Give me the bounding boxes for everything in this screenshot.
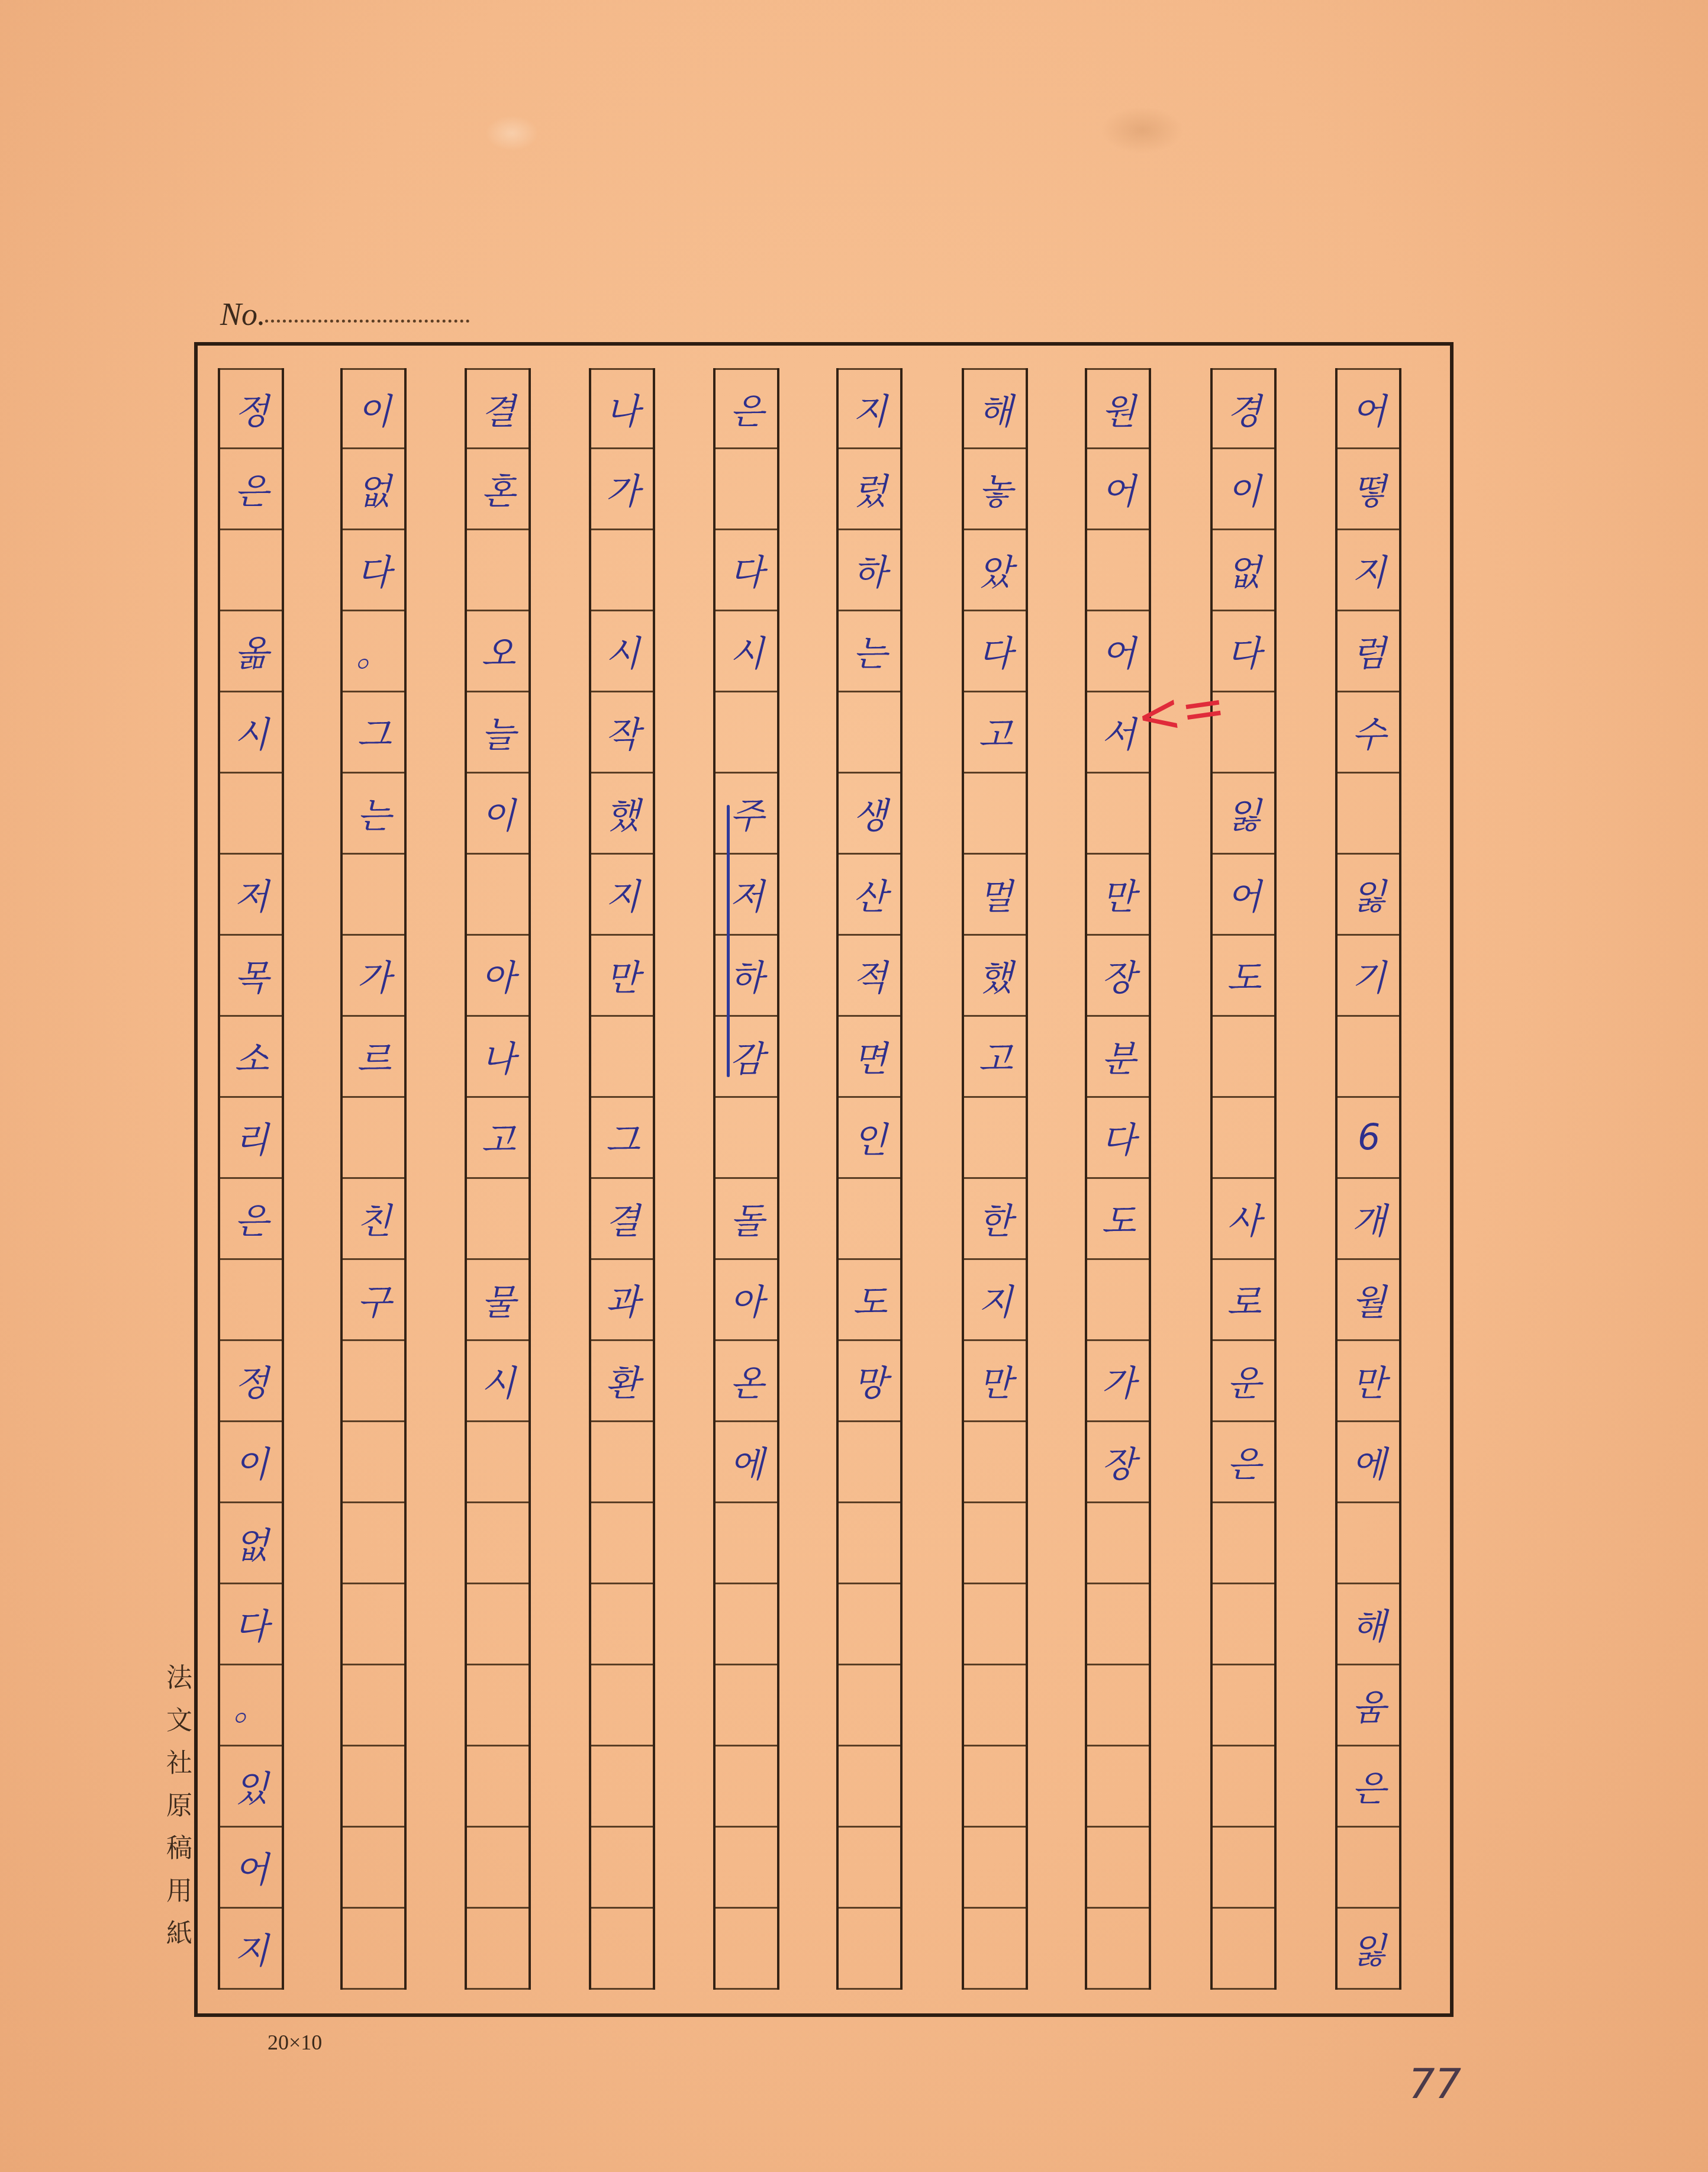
manuscript-cell xyxy=(716,1098,777,1179)
manuscript-cell: 만 xyxy=(1087,855,1149,936)
manuscript-cell: 가 xyxy=(1087,1341,1149,1422)
manuscript-cell xyxy=(1213,1584,1274,1665)
manuscript-cell: 없 xyxy=(1213,530,1274,611)
manuscript-cell: 다 xyxy=(716,530,777,611)
manuscript-cell xyxy=(343,1584,404,1665)
manuscript-cell: 떻 xyxy=(1338,449,1399,530)
manuscript-cell: 가 xyxy=(343,936,404,1017)
manuscript-cell: 만 xyxy=(1338,1341,1399,1422)
manuscript-cell: 분 xyxy=(1087,1017,1149,1098)
manuscript-cell xyxy=(591,1503,653,1584)
manuscript-cell: 은 xyxy=(1338,1746,1399,1828)
manuscript-cell: 고 xyxy=(467,1098,528,1179)
manuscript-cell: 은 xyxy=(716,368,777,449)
manuscript-cell: 만 xyxy=(964,1341,1026,1422)
manuscript-cell: 놓 xyxy=(964,449,1026,530)
manuscript-cell: 결 xyxy=(591,1179,653,1260)
manuscript-cell xyxy=(839,1584,900,1665)
manuscript-cell: 장 xyxy=(1087,1422,1149,1503)
manuscript-cell: 움 xyxy=(1338,1665,1399,1746)
manuscript-cell: 원 xyxy=(1087,368,1149,449)
manuscript-cell xyxy=(220,774,282,855)
manuscript-cell xyxy=(839,1665,900,1746)
manuscript-cell xyxy=(964,1503,1026,1584)
manuscript-cell xyxy=(1213,1909,1274,1990)
manuscript-cell: 지 xyxy=(591,855,653,936)
manuscript-cell xyxy=(716,692,777,774)
manuscript-cell: 오 xyxy=(467,611,528,692)
manuscript-cell: 6 xyxy=(1338,1098,1399,1179)
manuscript-cell: 어 xyxy=(220,1828,282,1909)
manuscript-cell xyxy=(467,1503,528,1584)
publisher-char: 原 xyxy=(165,1785,194,1828)
manuscript-column: 은다시주저하감돌아온에 xyxy=(713,368,779,1990)
manuscript-cell: 럼 xyxy=(1338,611,1399,692)
manuscript-cell: 돌 xyxy=(716,1179,777,1260)
manuscript-cell: 잃 xyxy=(1338,1909,1399,1990)
manuscript-cell: 옮 xyxy=(220,611,282,692)
publisher-char: 社 xyxy=(165,1742,194,1785)
manuscript-cell: 그 xyxy=(591,1098,653,1179)
manuscript-cell: 다 xyxy=(343,530,404,611)
manuscript-cell: 없 xyxy=(343,449,404,530)
publisher-char: 文 xyxy=(165,1700,194,1742)
manuscript-cell: 친 xyxy=(343,1179,404,1260)
manuscript-cell: 지 xyxy=(220,1909,282,1990)
manuscript-cell: 목 xyxy=(220,936,282,1017)
manuscript-cell: 수 xyxy=(1338,692,1399,774)
manuscript-cell: 하 xyxy=(716,936,777,1017)
red-correction-mark: <= xyxy=(1132,675,1229,749)
manuscript-column: 원어어서만장분다도가장 xyxy=(1085,368,1151,1990)
manuscript-cell: 어 xyxy=(1213,855,1274,936)
manuscript-cell xyxy=(716,1503,777,1584)
manuscript-cell: 하 xyxy=(839,530,900,611)
manuscript-cell: 혼 xyxy=(467,449,528,530)
manuscript-cell xyxy=(1213,1098,1274,1179)
manuscript-cell: 소 xyxy=(220,1017,282,1098)
manuscript-cell xyxy=(220,1260,282,1341)
manuscript-cell xyxy=(591,1584,653,1665)
number-label: No. xyxy=(220,296,266,333)
manuscript-cell xyxy=(1338,1017,1399,1098)
manuscript-cell xyxy=(591,1828,653,1909)
manuscript-cell xyxy=(716,1746,777,1828)
manuscript-cell: 한 xyxy=(964,1179,1026,1260)
manuscript-cell: 이 xyxy=(467,774,528,855)
manuscript-cell: 아 xyxy=(467,936,528,1017)
manuscript-cell xyxy=(964,1098,1026,1179)
manuscript-cell: 없 xyxy=(220,1503,282,1584)
manuscript-column: 어떻지럼수잃기6개월만에해움은잃 xyxy=(1335,368,1401,1990)
manuscript-cell: 도 xyxy=(1213,936,1274,1017)
manuscript-cell: 해 xyxy=(964,368,1026,449)
manuscript-cell: 개 xyxy=(1338,1179,1399,1260)
manuscript-cell xyxy=(839,1422,900,1503)
manuscript-cell: 이 xyxy=(343,368,404,449)
manuscript-cell xyxy=(220,530,282,611)
manuscript-column: 지렀하는생산적면인도망 xyxy=(836,368,903,1990)
manuscript-cell: 에 xyxy=(716,1422,777,1503)
manuscript-cell: 결 xyxy=(467,368,528,449)
manuscript-cell: 멀 xyxy=(964,855,1026,936)
publisher-label: 法 文 社 原 稿 用 紙 xyxy=(165,1657,194,1955)
manuscript-cell: 다 xyxy=(964,611,1026,692)
manuscript-cell: 가 xyxy=(591,449,653,530)
manuscript-cell xyxy=(1087,1260,1149,1341)
manuscript-cell: 장 xyxy=(1087,936,1149,1017)
manuscript-cell xyxy=(1213,1746,1274,1828)
manuscript-cell xyxy=(716,1828,777,1909)
manuscript-cell: 시 xyxy=(467,1341,528,1422)
manuscript-cell xyxy=(1087,1503,1149,1584)
manuscript-cell xyxy=(716,1584,777,1665)
manuscript-cell: 생 xyxy=(839,774,900,855)
paper-crease xyxy=(1101,107,1184,154)
manuscript-cell xyxy=(467,1584,528,1665)
manuscript-cell: 했 xyxy=(964,936,1026,1017)
manuscript-cell xyxy=(1087,1584,1149,1665)
number-field-line xyxy=(265,320,469,323)
manuscript-cell: 은 xyxy=(1213,1422,1274,1503)
manuscript-cell: 다 xyxy=(1213,611,1274,692)
manuscript-cell: 지 xyxy=(839,368,900,449)
manuscript-column: 경이없다잃어도사로운은 xyxy=(1210,368,1277,1990)
manuscript-cell: 만 xyxy=(591,936,653,1017)
publisher-char: 紙 xyxy=(165,1913,194,1955)
manuscript-cell: 해 xyxy=(1338,1584,1399,1665)
manuscript-cell: 저 xyxy=(220,855,282,936)
manuscript-cell xyxy=(467,1422,528,1503)
manuscript-cell xyxy=(591,530,653,611)
manuscript-column: 결혼오늘이아나고물시 xyxy=(465,368,531,1990)
manuscript-cell xyxy=(964,1665,1026,1746)
manuscript-cell: 산 xyxy=(839,855,900,936)
manuscript-cell xyxy=(964,1422,1026,1503)
manuscript-cell xyxy=(1338,1828,1399,1909)
manuscript-cell xyxy=(1087,1746,1149,1828)
manuscript-cell: 감 xyxy=(716,1017,777,1098)
manuscript-cell: 어 xyxy=(1087,449,1149,530)
manuscript-cell xyxy=(343,1665,404,1746)
manuscript-cell: 저 xyxy=(716,855,777,936)
manuscript-cell xyxy=(467,1179,528,1260)
manuscript-cell: 적 xyxy=(839,936,900,1017)
manuscript-cell: 온 xyxy=(716,1341,777,1422)
manuscript-cell xyxy=(467,1665,528,1746)
manuscript-cell: 았 xyxy=(964,530,1026,611)
manuscript-cell xyxy=(839,1503,900,1584)
manuscript-cell xyxy=(1338,1503,1399,1584)
manuscript-cell: 주 xyxy=(716,774,777,855)
manuscript-cell xyxy=(964,774,1026,855)
manuscript-cell: 망 xyxy=(839,1341,900,1422)
manuscript-cell: 은 xyxy=(220,449,282,530)
manuscript-cell xyxy=(591,1422,653,1503)
manuscript-cell: 아 xyxy=(716,1260,777,1341)
manuscript-cell xyxy=(591,1909,653,1990)
manuscript-cell xyxy=(343,1503,404,1584)
manuscript-cell xyxy=(1213,1828,1274,1909)
manuscript-cell: 경 xyxy=(1213,368,1274,449)
manuscript-column: 해놓았다고멀했고한지만 xyxy=(962,368,1028,1990)
manuscript-cell xyxy=(1213,1665,1274,1746)
manuscript-cell: 과 xyxy=(591,1260,653,1341)
manuscript-cell: 。 xyxy=(220,1665,282,1746)
manuscript-cell: 정 xyxy=(220,1341,282,1422)
manuscript-cell: 나 xyxy=(591,368,653,449)
manuscript-cell xyxy=(839,1909,900,1990)
manuscript-cell: 이 xyxy=(1213,449,1274,530)
manuscript-cell: 는 xyxy=(343,774,404,855)
manuscript-cell: 렀 xyxy=(839,449,900,530)
manuscript-cell xyxy=(1087,1665,1149,1746)
manuscript-cell: 인 xyxy=(839,1098,900,1179)
manuscript-cell xyxy=(467,855,528,936)
strike-through-mark xyxy=(727,805,730,1077)
manuscript-cell: 그 xyxy=(343,692,404,774)
publisher-char: 稿 xyxy=(165,1828,194,1870)
manuscript-cell xyxy=(591,1665,653,1746)
manuscript-cell: 작 xyxy=(591,692,653,774)
manuscript-cell xyxy=(343,1746,404,1828)
manuscript-cell xyxy=(343,1098,404,1179)
manuscript-cell xyxy=(343,1828,404,1909)
manuscript-cell: 했 xyxy=(591,774,653,855)
paper-crease xyxy=(485,115,539,151)
manuscript-cell: 고 xyxy=(964,1017,1026,1098)
manuscript-cell: 사 xyxy=(1213,1179,1274,1260)
manuscript-cell xyxy=(467,530,528,611)
manuscript-cell: 는 xyxy=(839,611,900,692)
manuscript-cell: 에 xyxy=(1338,1422,1399,1503)
manuscript-cell: 늘 xyxy=(467,692,528,774)
manuscript-cell: 면 xyxy=(839,1017,900,1098)
manuscript-cell: 은 xyxy=(220,1179,282,1260)
manuscript-cell: 。 xyxy=(343,611,404,692)
manuscript-cell xyxy=(839,1746,900,1828)
manuscript-cell: 고 xyxy=(964,692,1026,774)
manuscript-cell xyxy=(1338,774,1399,855)
manuscript-cell: 물 xyxy=(467,1260,528,1341)
manuscript-cell: 시 xyxy=(591,611,653,692)
manuscript-cell: 나 xyxy=(467,1017,528,1098)
manuscript-cell: 잃 xyxy=(1213,774,1274,855)
manuscript-cell xyxy=(467,1909,528,1990)
manuscript-column: 정은옮시저목소리은정이없다。있어지 xyxy=(218,368,284,1990)
manuscript-cell xyxy=(716,1909,777,1990)
manuscript-cell xyxy=(591,1746,653,1828)
manuscript-cell xyxy=(1087,1828,1149,1909)
manuscript-cell xyxy=(591,1017,653,1098)
manuscript-cell xyxy=(839,1828,900,1909)
manuscript-cell xyxy=(716,449,777,530)
manuscript-cell: 정 xyxy=(220,368,282,449)
manuscript-cell xyxy=(1087,530,1149,611)
manuscript-column: 이없다。그는가르친구 xyxy=(340,368,407,1990)
manuscript-cell xyxy=(839,1179,900,1260)
manuscript-cell: 시 xyxy=(220,692,282,774)
manuscript-cell xyxy=(964,1746,1026,1828)
manuscript-cell xyxy=(1213,1503,1274,1584)
manuscript-cell: 운 xyxy=(1213,1341,1274,1422)
manuscript-cell: 다 xyxy=(1087,1098,1149,1179)
publisher-char: 法 xyxy=(165,1657,194,1700)
manuscript-cell xyxy=(343,855,404,936)
manuscript-cell: 이 xyxy=(220,1422,282,1503)
manuscript-cell xyxy=(964,1584,1026,1665)
manuscript-cell xyxy=(343,1422,404,1503)
manuscript-cell: 환 xyxy=(591,1341,653,1422)
manuscript-cell xyxy=(716,1665,777,1746)
manuscript-cell: 지 xyxy=(964,1260,1026,1341)
manuscript-cell: 있 xyxy=(220,1746,282,1828)
publisher-char: 用 xyxy=(165,1870,194,1913)
manuscript-cell xyxy=(1087,1909,1149,1990)
manuscript-cell: 다 xyxy=(220,1584,282,1665)
manuscript-cell xyxy=(1087,774,1149,855)
manuscript-column: 나가시작했지만그결과환 xyxy=(589,368,655,1990)
manuscript-cell: 지 xyxy=(1338,530,1399,611)
manuscript-cell xyxy=(839,692,900,774)
manuscript-cell xyxy=(467,1746,528,1828)
manuscript-cell: 르 xyxy=(343,1017,404,1098)
manuscript-cell: 도 xyxy=(1087,1179,1149,1260)
manuscript-cell xyxy=(343,1341,404,1422)
manuscript-cell: 리 xyxy=(220,1098,282,1179)
manuscript-cell xyxy=(964,1909,1026,1990)
manuscript-cell xyxy=(467,1828,528,1909)
manuscript-cell: 시 xyxy=(716,611,777,692)
manuscript-cell: 어 xyxy=(1087,611,1149,692)
manuscript-cell: 월 xyxy=(1338,1260,1399,1341)
manuscript-cell: 어 xyxy=(1338,368,1399,449)
manuscript-cell: 도 xyxy=(839,1260,900,1341)
manuscript-cell xyxy=(1213,1017,1274,1098)
page-number: 77 xyxy=(1409,2060,1461,2108)
manuscript-cell: 기 xyxy=(1338,936,1399,1017)
manuscript-cell xyxy=(964,1828,1026,1909)
grid-size-label: 20×10 xyxy=(268,2030,322,2055)
manuscript-cell: 구 xyxy=(343,1260,404,1341)
manuscript-cell xyxy=(343,1909,404,1990)
manuscript-cell: 잃 xyxy=(1338,855,1399,936)
manuscript-cell: 로 xyxy=(1213,1260,1274,1341)
